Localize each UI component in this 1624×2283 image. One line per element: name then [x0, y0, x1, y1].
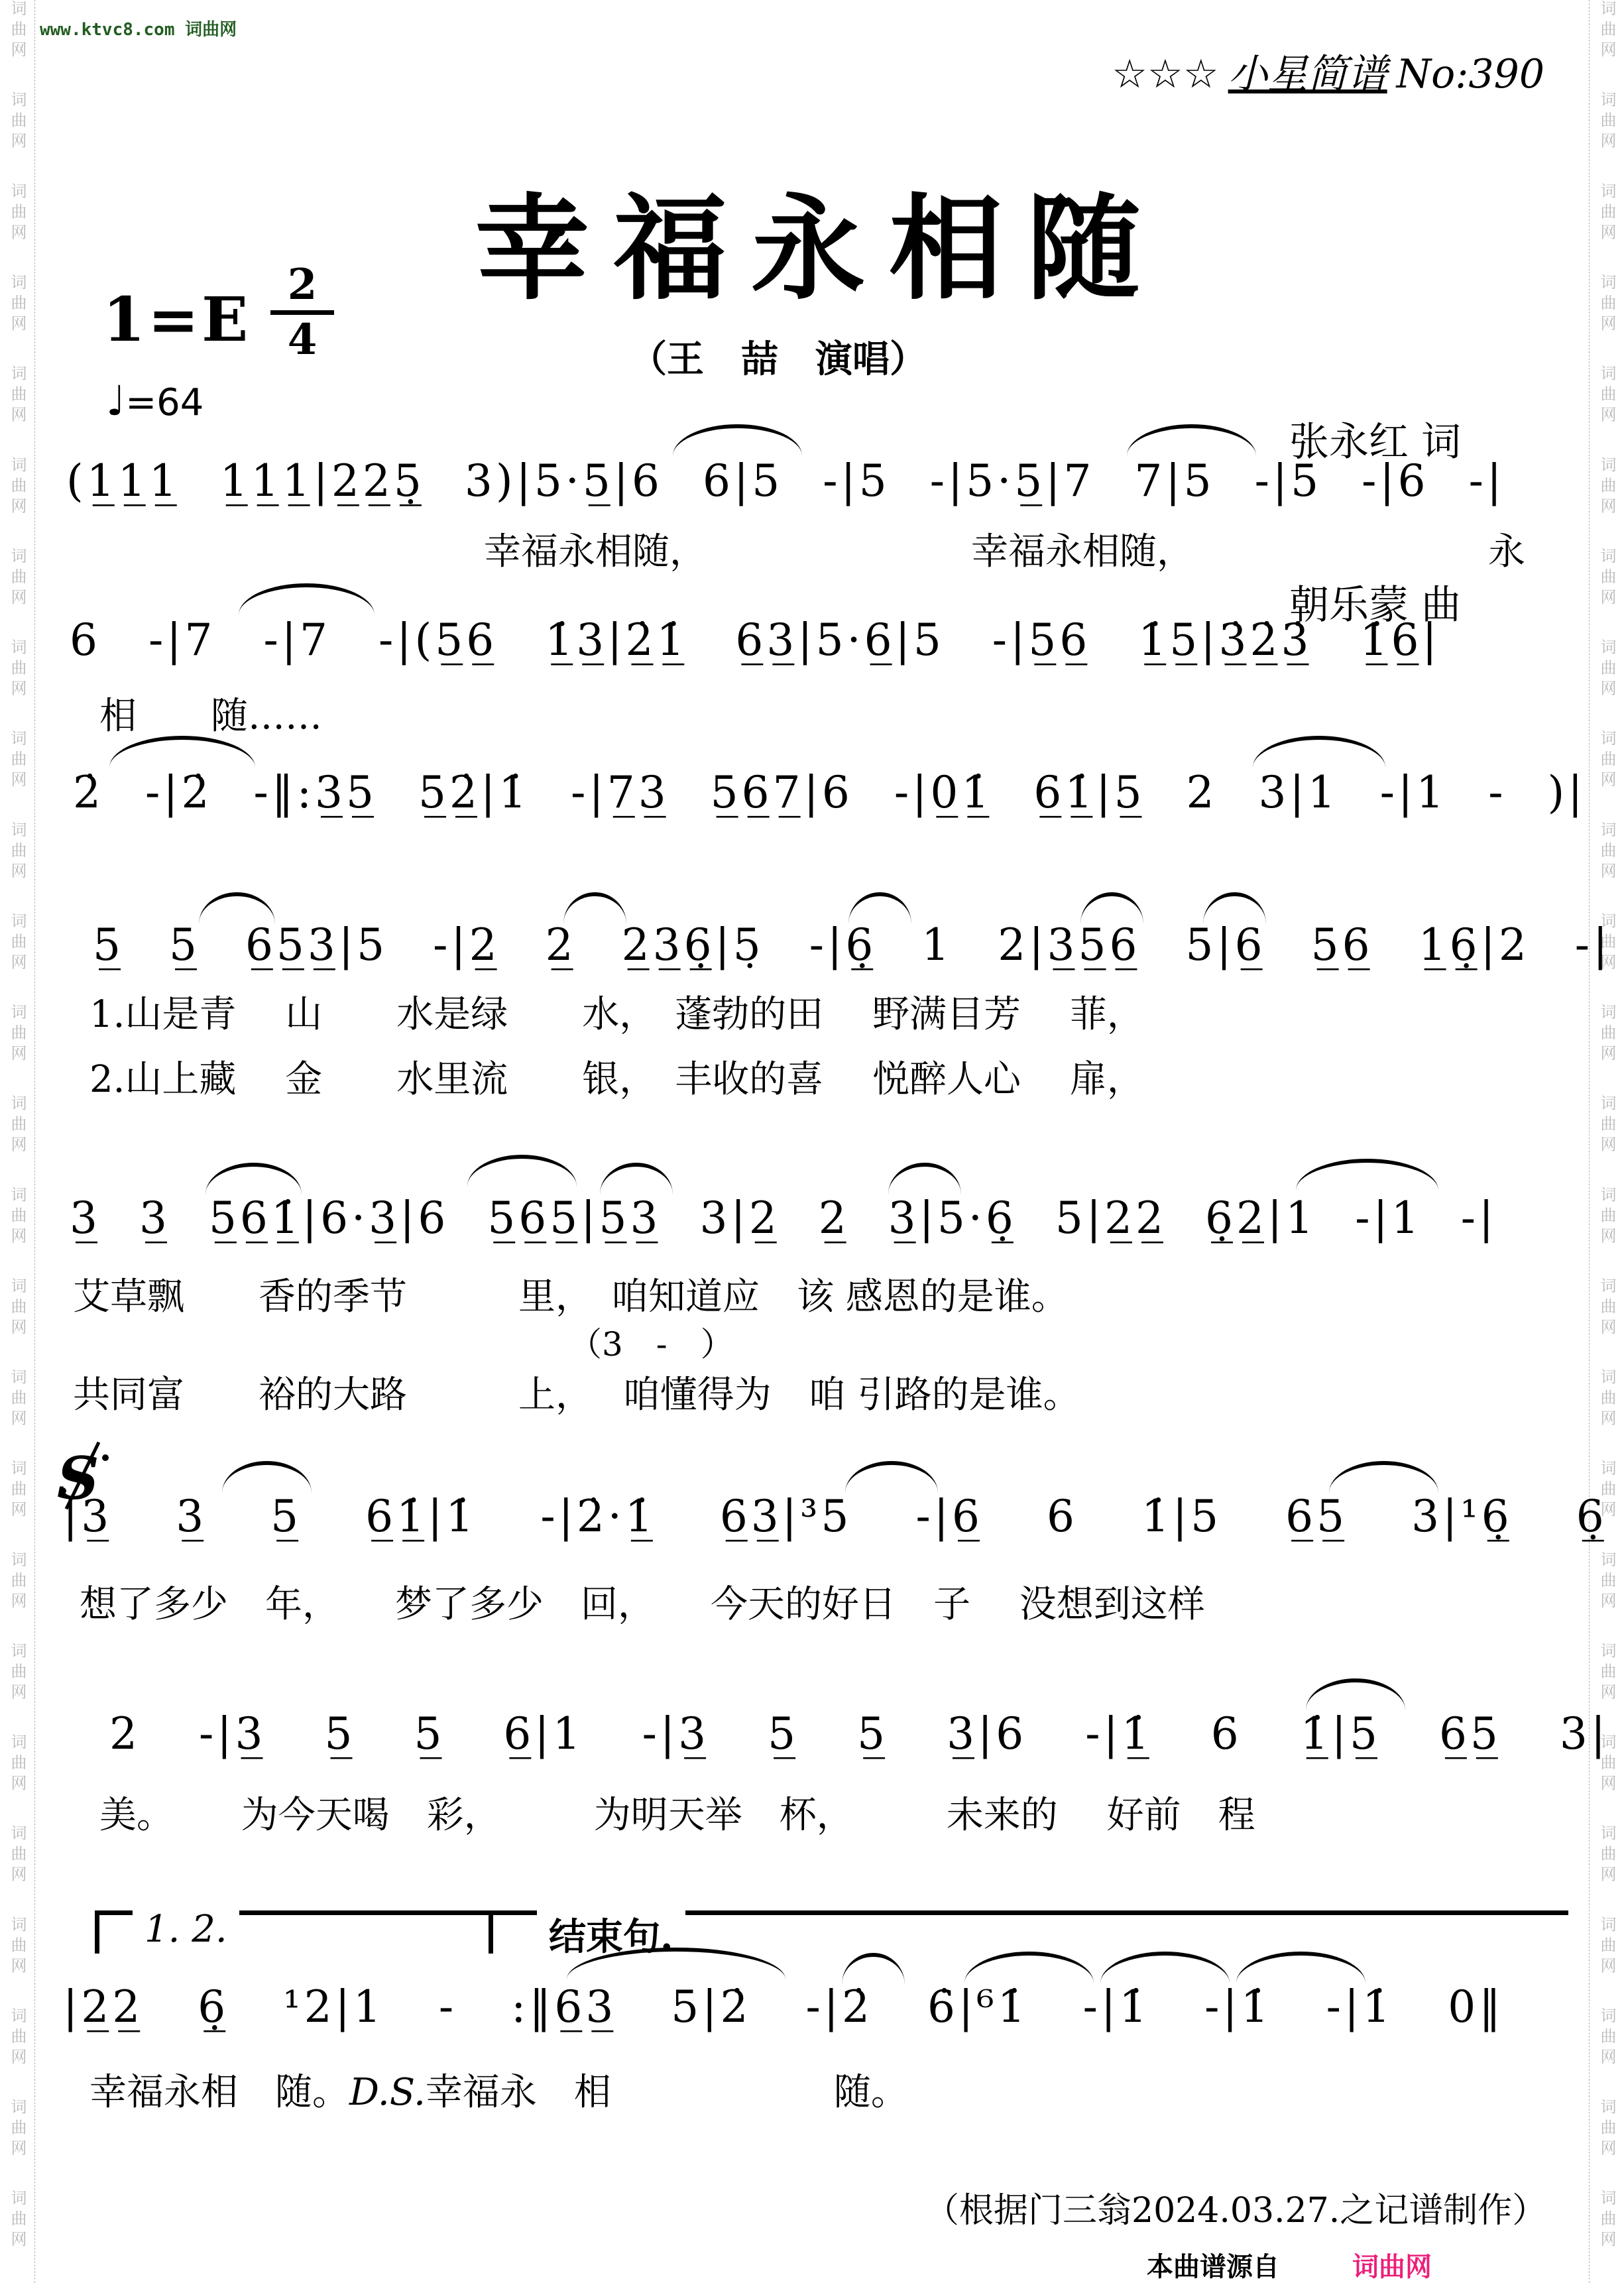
lyric-verse-1: 1.山是青 山 水是绿 水， 蓬勃的田 野满目芳 菲，	[89, 985, 1144, 1038]
performer-subtitle: （王 喆 演唱）	[630, 330, 927, 383]
notation-line-4: 5̲ 5̲ 6̲5̲3̲|5 -|2̲ 2̲ 2̲3̲6̲̣|5̣ -|6̲̣ …	[93, 920, 1611, 970]
tie-arc	[199, 892, 275, 924]
time-signature: 2 4	[270, 260, 334, 365]
lyric-line-8: 幸福永相 随。D.S.幸福永 相 随。	[89, 2063, 908, 2116]
tempo-marking: ♩=64	[106, 377, 203, 425]
series-header: ☆☆☆小星简谱No:390	[1112, 42, 1544, 99]
lyric-line-5b: 共同富 裕的大路 上， 咱懂得为 咱 引路的是谁。	[73, 1366, 1080, 1419]
tie-arc	[888, 1163, 961, 1195]
tie-arc	[563, 892, 626, 924]
tie-arc	[205, 1163, 302, 1195]
watermark-column-right: 词曲网 词曲网 词曲网 词曲网 词曲网 词曲网 词曲网 词曲网 词曲网 词曲网 …	[1589, 0, 1624, 2283]
tempo-value: =64	[125, 381, 203, 424]
lyric-line-8a: 幸福永相 随。	[89, 2071, 349, 2114]
lyric-line-6: 想了多少 年， 梦了多少 回， 今天的好日 子 没想到这样	[80, 1575, 1205, 1628]
tie-arc	[600, 1163, 673, 1195]
notation-line-7: 2 -|3̲ 5̲ 5̲ 6̲|1 -|3̲ 5̲ 5̲ 3̲|6 -|1̲̇ …	[109, 1709, 1609, 1759]
tie-arc	[673, 424, 802, 456]
alternate-note: （3 - ）	[569, 1318, 734, 1366]
time-signature-denominator: 4	[270, 315, 334, 365]
tie-arc	[1080, 892, 1143, 924]
quarter-note-icon: ♩	[106, 377, 125, 425]
tie-arc	[222, 1461, 312, 1493]
lyric-line-7: 美。 为今天喝 彩， 为明天举 杯， 未来的 好前 程	[99, 1786, 1255, 1839]
source-prefix: 本曲谱源自	[1147, 2252, 1279, 2282]
sheet-music-page: 词曲网 词曲网 词曲网 词曲网 词曲网 词曲网 词曲网 词曲网 词曲网 词曲网 …	[0, 0, 1624, 2283]
tie-arc	[467, 1155, 577, 1187]
credits: 张永红 词 朝乐蒙 曲	[1289, 306, 1461, 741]
ds-marking: D.S.	[349, 2071, 426, 2114]
watermark-column-left: 词曲网 词曲网 词曲网 词曲网 词曲网 词曲网 词曲网 词曲网 词曲网 词曲网 …	[0, 0, 35, 2283]
notation-line-2: 6 -|7 -|7 -|(5̲6̲ 1̲̇3̲|2̲̇1̲̇ 6̲3̲|5·6̲…	[70, 615, 1440, 666]
source-attribution: 本曲谱源自词曲网	[1147, 2246, 1432, 2283]
lyric-line-1a: 幸福永相随，	[484, 522, 707, 575]
notation-line-5: 3̲ 3̲ 5̲6̲1̲̇|6·3̲|6 5̲6̲5̲|5̲3̲ 3|2̲ 2̲…	[70, 1193, 1497, 1244]
volta-label-1-2: 1. 2.	[133, 1908, 239, 1951]
lyric-line-1b: 幸福永相随，	[971, 522, 1194, 575]
tie-arc	[1296, 1159, 1438, 1191]
tie-arc	[1100, 1952, 1230, 1983]
series-number: No:390	[1397, 51, 1544, 97]
notation-line-1: (1̲1̲1̲ 1̲1̲1̲|2̲2̲5̲̣ 3)|5·5̲|6 6|5 -|5…	[66, 456, 1505, 506]
tie-arc	[964, 1952, 1094, 1983]
time-signature-numerator: 2	[270, 260, 334, 315]
lyric-line-5a: 艾草飘 香的季节 里， 咱知道应 该 感恩的是谁。	[73, 1267, 1069, 1320]
tie-arc	[109, 736, 255, 768]
tie-arc	[1306, 1678, 1405, 1710]
tie-arc	[848, 892, 911, 924]
key-signature: 1=E	[103, 284, 251, 355]
site-url-watermark: www.ktvc8.com 词曲网	[40, 16, 237, 40]
lyric-line-8b: 幸福永 相 随。	[426, 2071, 908, 2114]
stars-icon: ☆☆☆	[1112, 51, 1218, 97]
lyric-line-1c: 永	[1488, 522, 1525, 575]
tie-arc	[239, 583, 375, 615]
notation-line-8: |2̲2̲ 6̲̣ ¹2|1 - :‖6̲3̲ 5|2̇ -|2̇ 6̇|⁶1̇…	[63, 1982, 1504, 2032]
tie-arc	[1329, 1461, 1438, 1493]
source-brand: 词曲网	[1352, 2252, 1432, 2282]
tie-arc	[1236, 1952, 1365, 1983]
lyric-line-2: 相 随……	[99, 687, 322, 740]
notation-line-6: |3̲ 3̲ 5̲ 6̲1̲̇|1̇ -|2̇·1̲̇ 6̲3̲|³5 -|6̲…	[63, 1492, 1624, 1542]
tie-arc	[1203, 892, 1266, 924]
tie-arc	[1127, 424, 1256, 456]
series-name: 小星简谱	[1228, 51, 1387, 97]
song-title: 幸福永相随	[475, 158, 1165, 322]
tie-arc	[842, 1953, 905, 1985]
notation-line-3: 2̇ -|2̇ -‖:3̲5̲ 5̲2̲̇|1̇ -|7̲3̲ 5̲6̲7̲|6…	[73, 768, 1586, 818]
tie-arc	[845, 1461, 938, 1493]
lyric-verse-2: 2.山上藏 金 水里流 银， 丰收的喜 悦醉人心 扉，	[89, 1050, 1144, 1103]
transcription-note: （根据门三翁2024.03.27.之记谱制作）	[925, 2182, 1546, 2232]
